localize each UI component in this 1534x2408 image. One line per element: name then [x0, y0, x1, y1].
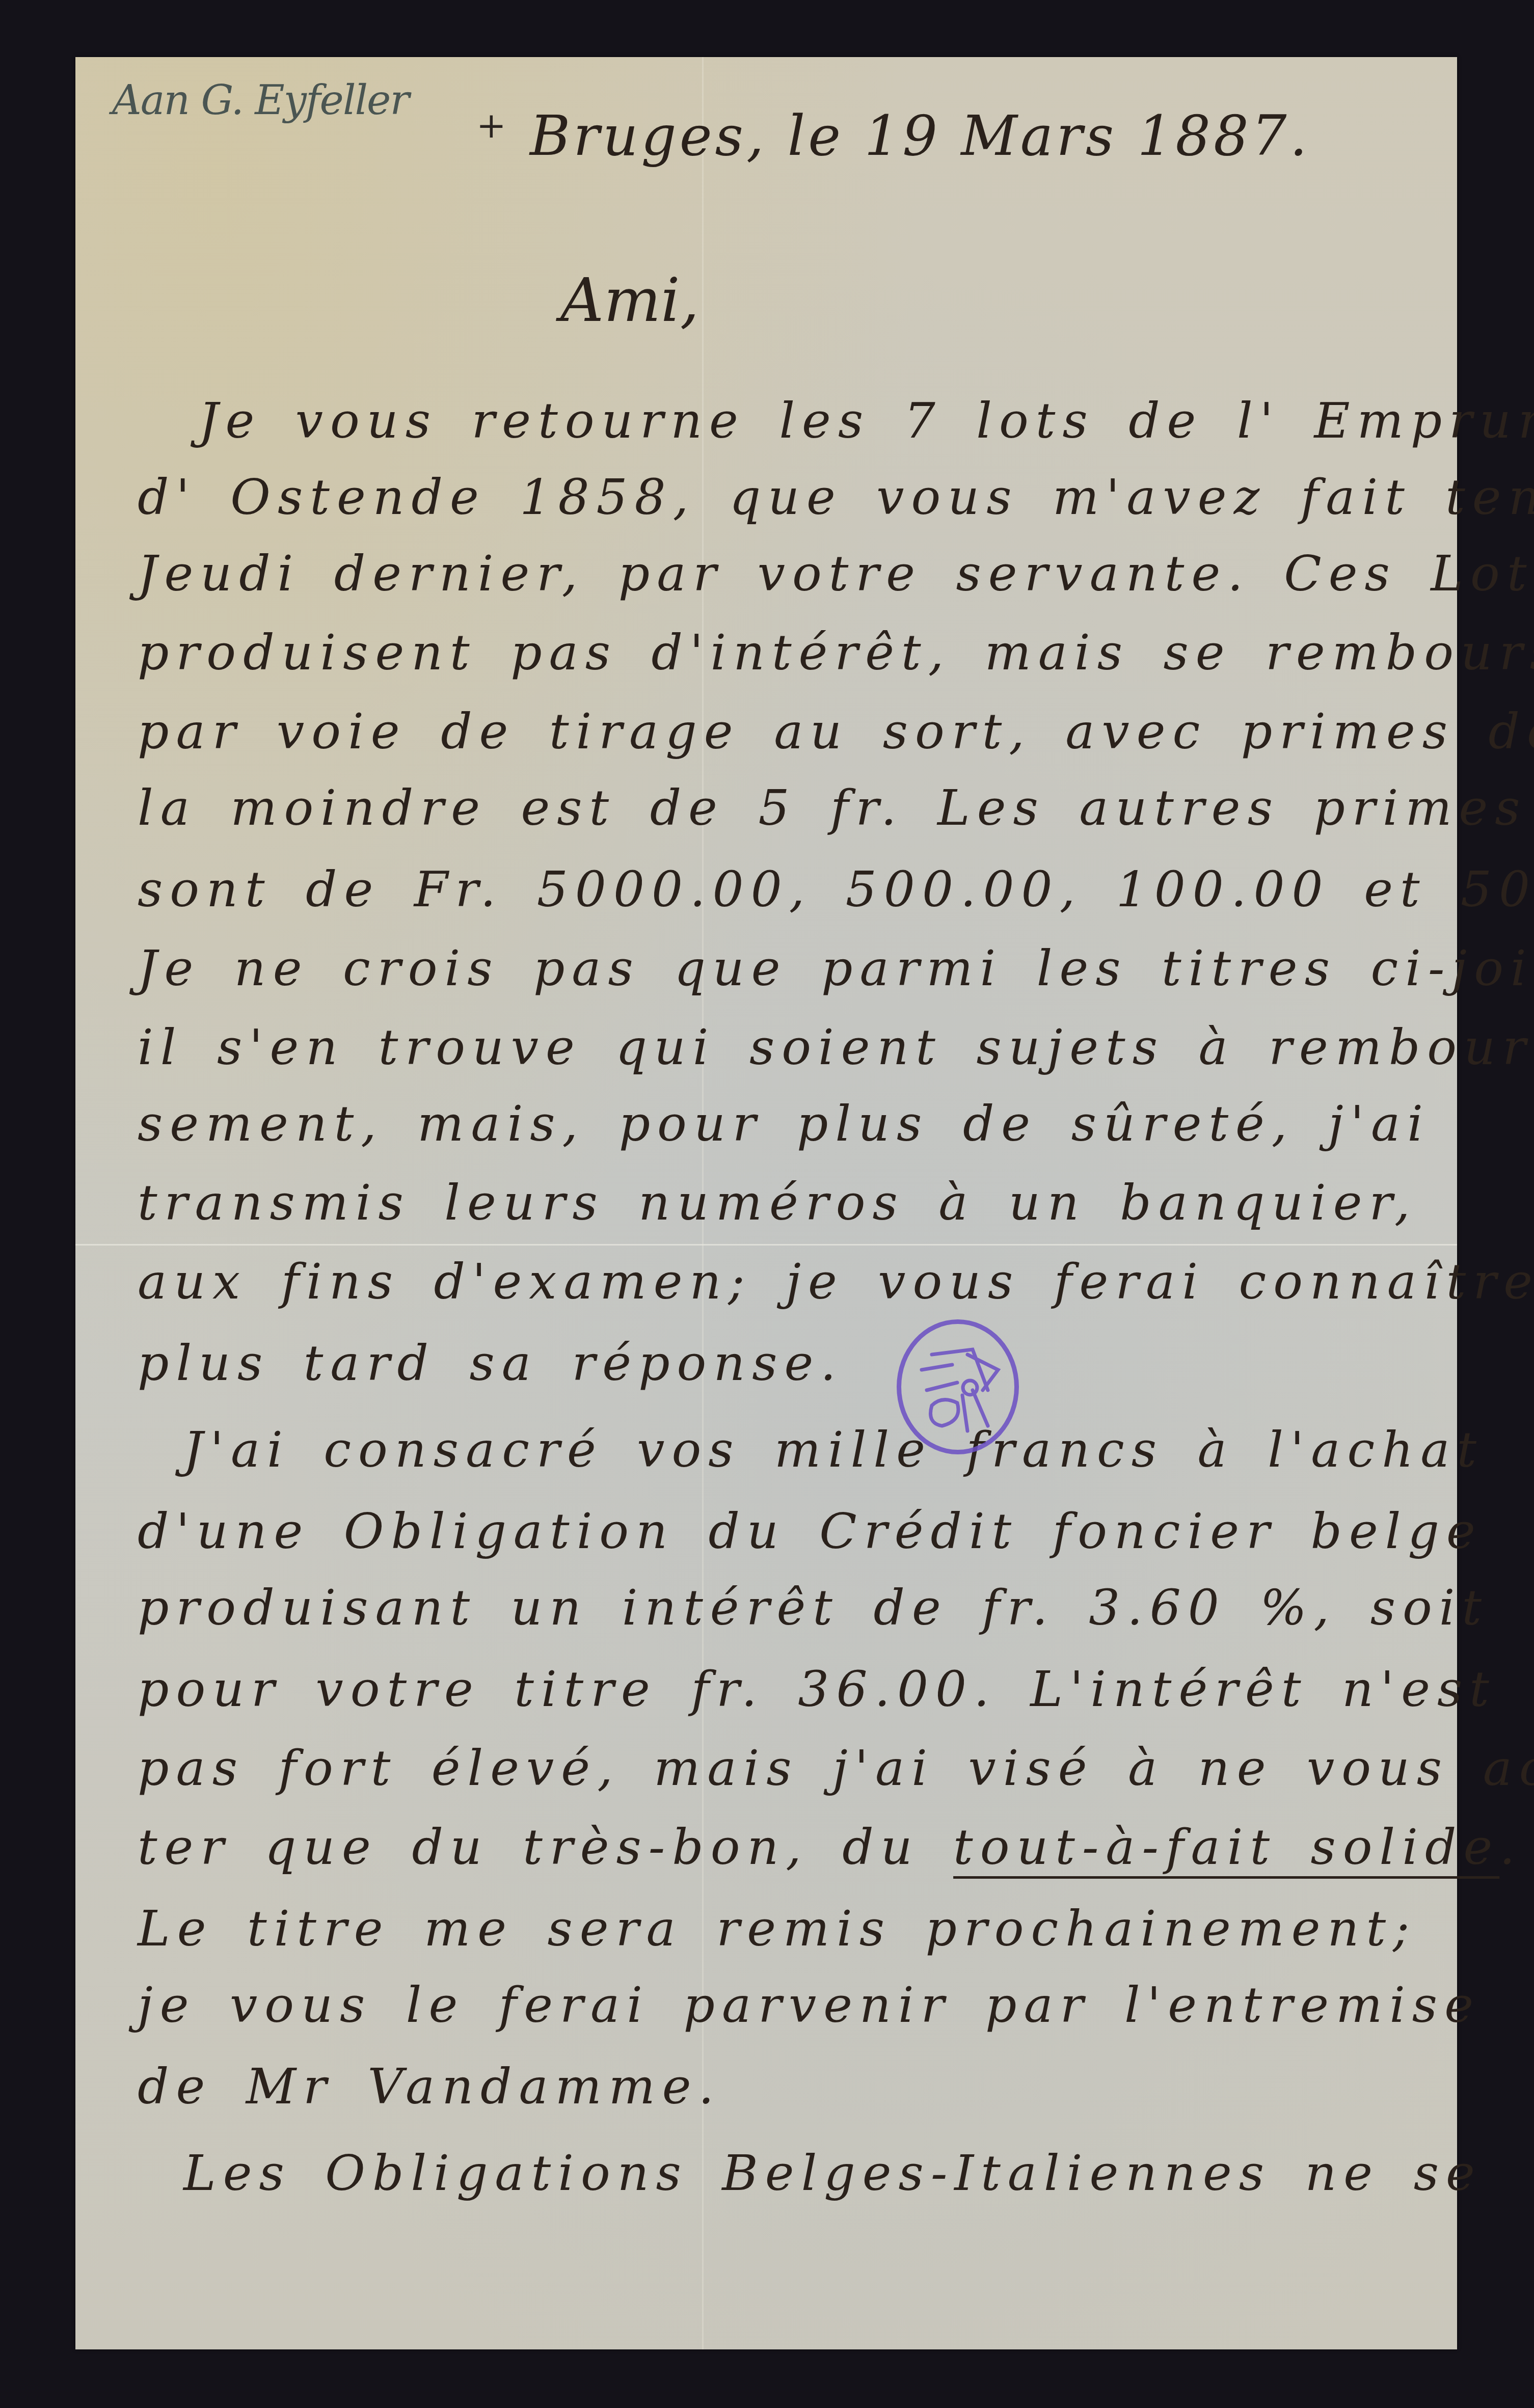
body-line: je vous le ferai parvenir par l'entremis…: [138, 1977, 1481, 2034]
body-line: pour votre titre fr. 36.00. L'intérêt n'…: [138, 1661, 1496, 1718]
body-line: produisent pas d'intérêt, mais se rembou…: [138, 624, 1534, 681]
body-line: aux fins d'examen; je vous ferai connaît…: [138, 1253, 1534, 1310]
body-line: ter que du très-bon, du tout-à-fait soli…: [138, 1819, 1522, 1876]
body-line: Je ne crois pas que parmi les titres ci-…: [138, 940, 1534, 997]
body-line: pas fort élevé, mais j'ai visé à ne vous…: [138, 1740, 1534, 1797]
salutation: Ami,: [560, 265, 699, 335]
archival-annotation: Aan G. Eyfeller: [112, 76, 409, 124]
cross-mark: +: [476, 104, 506, 146]
body-line: il s'en trouve qui soient sujets à rembo…: [138, 1019, 1534, 1076]
body-line: par voie de tirage au sort, avec primes …: [138, 703, 1534, 760]
body-line: Jeudi dernier, par votre servante. Ces L…: [138, 545, 1534, 602]
body-line: de Mr Vandamme.: [138, 2058, 721, 2115]
body-line: sont de Fr. 5000.00, 500.00, 100.00 et 5…: [138, 861, 1534, 918]
body-line: Le titre me sera remis prochainement;: [138, 1900, 1416, 1957]
body-line: Les Obligations Belges-Italiennes ne se: [183, 2145, 1482, 2202]
bee-emblem-icon: [911, 1334, 1008, 1441]
body-line: plus tard sa réponse.: [138, 1335, 843, 1392]
body-line: Je vous retourne les 7 lots de l' Emprun…: [199, 392, 1534, 449]
body-line: d' Ostende 1858, que vous m'avez fait te…: [138, 469, 1534, 526]
fold-line-horizontal: [75, 1244, 1457, 1246]
body-line: d'une Obligation du Crédit foncier belge: [138, 1503, 1483, 1560]
archive-stamp: [897, 1319, 1019, 1454]
body-line: la moindre est de 5 fr. Les autres prime…: [138, 779, 1527, 836]
underlined-phrase: tout-à-fait solide: [953, 1819, 1499, 1876]
dateline: Bruges, le 19 Mars 1887.: [530, 104, 1310, 168]
body-line: sement, mais, pour plus de sûreté, j'ai: [138, 1095, 1430, 1152]
body-line: produisant un intérêt de fr. 3.60 %, soi…: [138, 1579, 1489, 1636]
body-line: transmis leurs numéros à un banquier,: [138, 1174, 1417, 1231]
body-line: J'ai consacré vos mille francs à l'achat: [183, 1421, 1484, 1478]
